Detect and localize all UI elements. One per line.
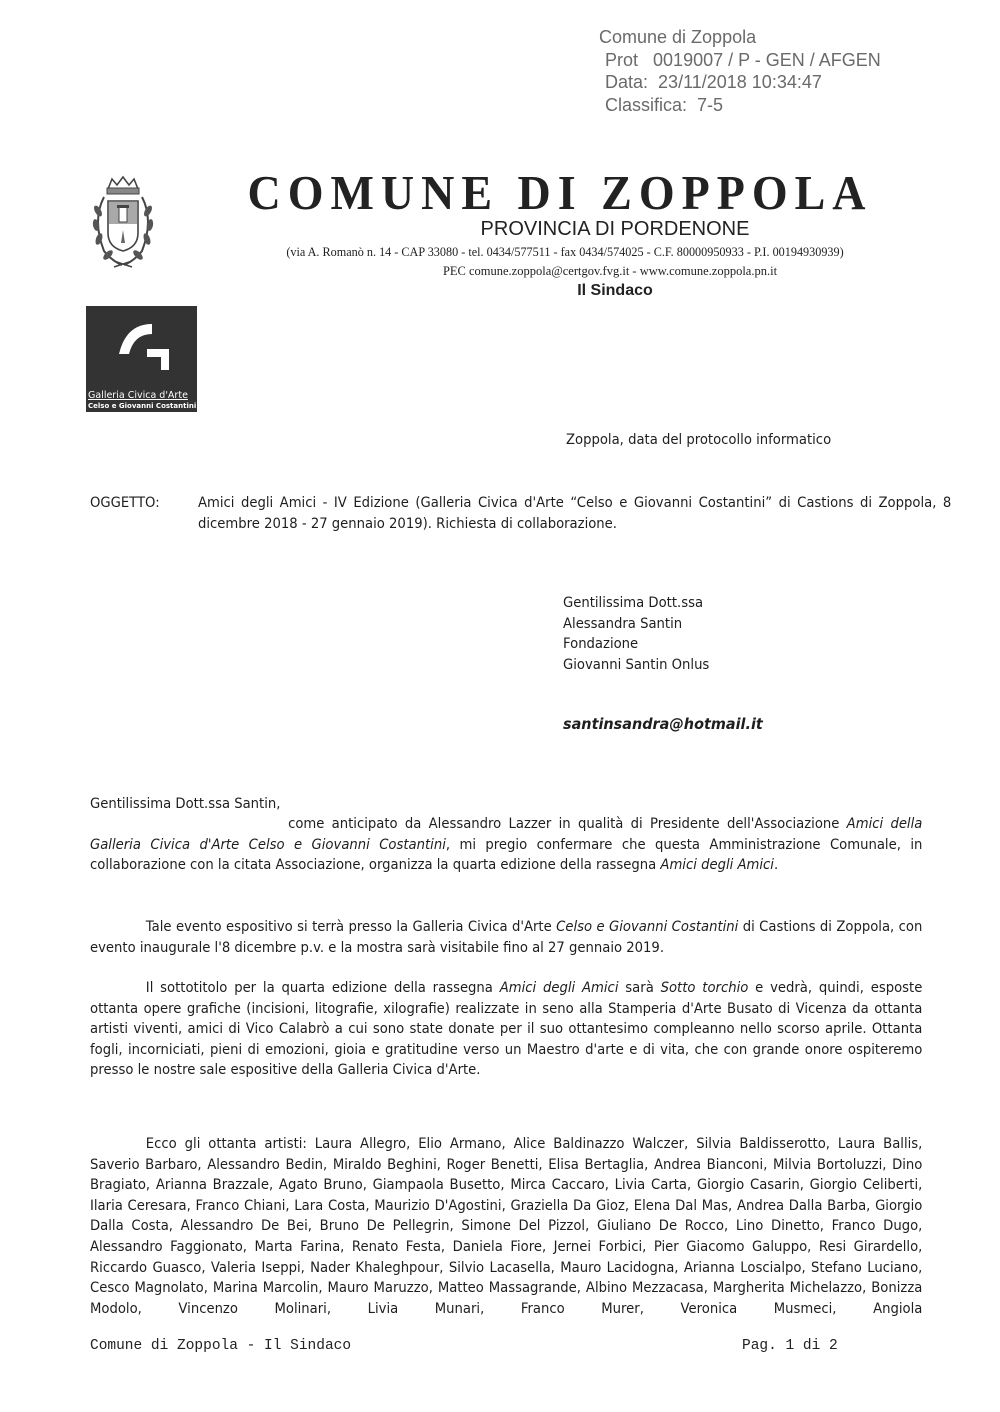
gallery-subtitle: Celso e Giovanni Costantini bbox=[88, 402, 196, 410]
paragraph-3: Il sottotitolo per la quarta edizione de… bbox=[90, 978, 922, 1081]
pec-website: PEC comune.zoppola@certgov.fvg.it - www.… bbox=[230, 264, 930, 279]
place-date: Zoppola, data del protocollo informatico bbox=[566, 430, 831, 451]
recipient-line: Alessandra Santin bbox=[563, 614, 709, 635]
page-number: Pag. 1 di 2 bbox=[742, 1338, 838, 1354]
stamp-entity: Comune di Zoppola bbox=[599, 26, 881, 49]
stamp-prot: Prot 0019007 / P - GEN / AFGEN bbox=[599, 49, 881, 72]
subject-label: OGGETTO: bbox=[90, 493, 160, 514]
recipient-line: Gentilissima Dott.ssa bbox=[563, 593, 709, 614]
office-title: Il Sindaco bbox=[230, 282, 930, 300]
municipality-title: COMUNE DI ZOPPOLA bbox=[230, 165, 890, 221]
gallery-name: Galleria Civica d'Arte bbox=[88, 390, 188, 401]
coat-of-arms-icon bbox=[88, 175, 158, 275]
paragraph-artists-list: Ecco gli ottanta artisti: Laura Allegro,… bbox=[90, 1134, 922, 1319]
subject-text: Amici degli Amici - IV Edizione (Galleri… bbox=[198, 493, 951, 534]
stamp-classifica: Classifica: 7-5 bbox=[599, 94, 881, 117]
paragraph-1: come anticipato da Alessandro Lazzer in … bbox=[90, 814, 922, 876]
stamp-data: Data: 23/11/2018 10:34:47 bbox=[599, 71, 881, 94]
paragraph-2: Tale evento espositivo si terrà presso l… bbox=[90, 917, 922, 958]
gallery-logo: Galleria Civica d'Arte Celso e Giovanni … bbox=[86, 306, 197, 412]
recipient-line: Fondazione bbox=[563, 634, 709, 655]
recipient-line: Giovanni Santin Onlus bbox=[563, 655, 709, 676]
protocol-stamp: Comune di Zoppola Prot 0019007 / P - GEN… bbox=[599, 26, 881, 116]
footer-sender: Comune di Zoppola - Il Sindaco bbox=[90, 1338, 351, 1354]
province-name: PROVINCIA DI PORDENONE bbox=[230, 218, 930, 241]
greeting: Gentilissima Dott.ssa Santin, bbox=[90, 794, 899, 815]
recipient-email[interactable]: santinsandra@hotmail.it bbox=[563, 714, 763, 735]
gallery-g-icon bbox=[86, 306, 197, 390]
recipient-block: Gentilissima Dott.ssa Alessandra Santin … bbox=[563, 593, 709, 675]
contact-address: (via A. Romanò n. 14 - CAP 33080 - tel. … bbox=[215, 245, 915, 260]
